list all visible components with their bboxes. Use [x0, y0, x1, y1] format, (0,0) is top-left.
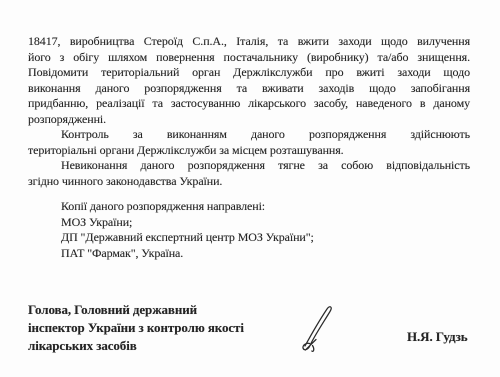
document-body: 18417, виробництва Стероїд С.п.А., Італі… [28, 34, 470, 261]
copies-heading: Копії даного розпорядження направлені: [28, 199, 470, 215]
signatory-title-line: Голова, Головний державний [28, 301, 298, 319]
copies-recipient: ПАТ "Фармак", Україна. [28, 246, 470, 262]
copies-recipient: МОЗ України; [28, 215, 470, 231]
copies-list: Копії даного розпорядження направлені: М… [28, 199, 470, 261]
handwritten-signature-icon [299, 302, 339, 354]
signatory-title-line: лікарських засобів [28, 337, 298, 355]
signatory-name: Н.Я. Гудзь [407, 329, 468, 345]
body-line: виконання даного розпорядження та вживат… [28, 81, 470, 97]
signatory-title: Голова, Головний державний інспектор Укр… [28, 301, 298, 355]
body-line: Контроль за виконанням даного розпорядже… [28, 127, 470, 143]
document-page: 18417, виробництва Стероїд С.п.А., Італі… [0, 0, 500, 377]
body-line: територіальні органи Держлікслужби за мі… [28, 143, 470, 159]
body-line: Повідомити територіальний орган Держлікс… [28, 65, 470, 81]
body-line: розпорядженні. [28, 112, 470, 128]
signatory-title-line: інспектор України з контролю якості [28, 319, 298, 337]
body-line: 18417, виробництва Стероїд С.п.А., Італі… [28, 34, 470, 50]
copies-recipient: ДП "Державний експертний центр МОЗ Украї… [28, 230, 470, 246]
body-line: його з обігу шляхом повернення постачаль… [28, 50, 470, 66]
body-line: придбанню, реалізації та застосуванню лі… [28, 96, 470, 112]
body-line: згідно чинного законодавства України. [28, 174, 470, 190]
body-line: Невиконання даного розпорядження тягне з… [28, 158, 470, 174]
